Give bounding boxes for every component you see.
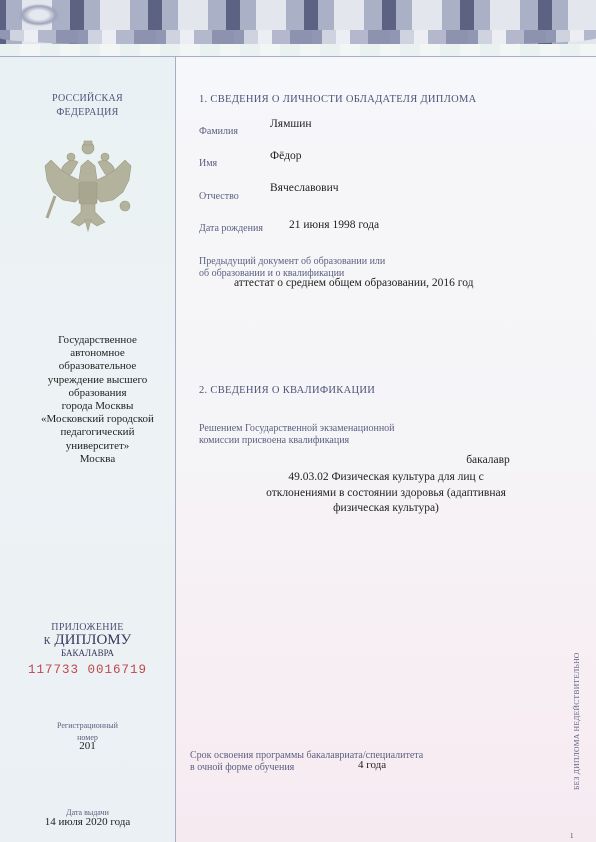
institution-line: университет»: [20, 440, 175, 453]
surname-value: Лямшин: [270, 118, 312, 130]
qualification-value: бакалавр: [466, 454, 510, 466]
section-2-title: 2. СВЕДЕНИЯ О КВАЛИФИКАЦИИ: [199, 385, 375, 396]
decision-label-2: комиссии присвоена квалификация: [199, 435, 349, 446]
institution-line: Государственное: [20, 334, 175, 347]
column-divider: [175, 56, 176, 842]
validity-note: БЕЗ ДИПЛОМА НЕДЕЙСТВИТЕЛЬНО: [572, 652, 581, 790]
institution-line: «Московский городской: [20, 413, 175, 426]
dob-value: 21 июня 1998 года: [289, 219, 379, 231]
appendix-diploma: ДИПЛОМУ: [54, 632, 131, 648]
top-divider: [0, 56, 596, 57]
appendix-k: К: [44, 636, 51, 647]
prev-doc-label: Предыдущий документ об образовании или: [199, 256, 385, 267]
serial-number: 117733 0016719: [0, 663, 175, 677]
security-wave-pattern: [0, 44, 596, 56]
institution-line: образовательное: [20, 360, 175, 373]
institution-line: учреждение высшего: [20, 374, 175, 387]
specialty-line: отклонениями в состоянии здоровья (адапт…: [256, 486, 516, 502]
prev-doc-value: аттестат о среднем общем образовании, 20…: [234, 277, 473, 289]
appendix-title: КДИПЛОМУ: [0, 632, 175, 649]
country-name: РОССИЙСКАЯ ФЕДЕРАЦИЯ: [0, 92, 175, 120]
country-line-1: РОССИЙСКАЯ: [0, 92, 175, 106]
registration-number: 201: [0, 740, 175, 752]
institution-line: города Москвы: [20, 400, 175, 413]
patronymic-value: Вячеславович: [270, 182, 339, 194]
surname-label: Фамилия: [199, 126, 238, 137]
decision-label: Решением Государственной экзаменационной: [199, 423, 395, 434]
name-label: Имя: [199, 158, 217, 169]
institution-line: педагогический: [20, 426, 175, 439]
duration-label-2: в очной форме обучения: [190, 762, 294, 773]
name-value: Фёдор: [270, 150, 302, 162]
country-line-2: ФЕДЕРАЦИЯ: [0, 106, 175, 120]
duration-label: Срок освоения программы бакалавриата/спе…: [190, 750, 423, 761]
section-1-title: 1. СВЕДЕНИЯ О ЛИЧНОСТИ ОБЛАДАТЕЛЯ ДИПЛОМ…: [199, 94, 477, 105]
patronymic-label: Отчество: [199, 191, 239, 202]
page-number: 1: [570, 832, 574, 840]
institution-name: Государственное автономное образовательн…: [20, 334, 175, 466]
institution-line: образования: [20, 387, 175, 400]
coat-of-arms-icon: [41, 140, 135, 232]
specialty-value: 49.03.02 Физическая культура для лиц с о…: [256, 470, 516, 517]
issue-date: 14 июля 2020 года: [0, 816, 175, 828]
specialty-line: физическая культура): [256, 501, 516, 517]
institution-line: автономное: [20, 347, 175, 360]
duration-value: 4 года: [358, 759, 386, 771]
dob-label: Дата рождения: [199, 223, 263, 234]
registration-label: Регистрационный: [0, 721, 175, 730]
appendix-degree: БАКАЛАВРА: [0, 648, 175, 658]
specialty-line: 49.03.02 Физическая культура для лиц с: [256, 470, 516, 486]
right-panel: [176, 57, 596, 842]
institution-city: Москва: [20, 453, 175, 466]
